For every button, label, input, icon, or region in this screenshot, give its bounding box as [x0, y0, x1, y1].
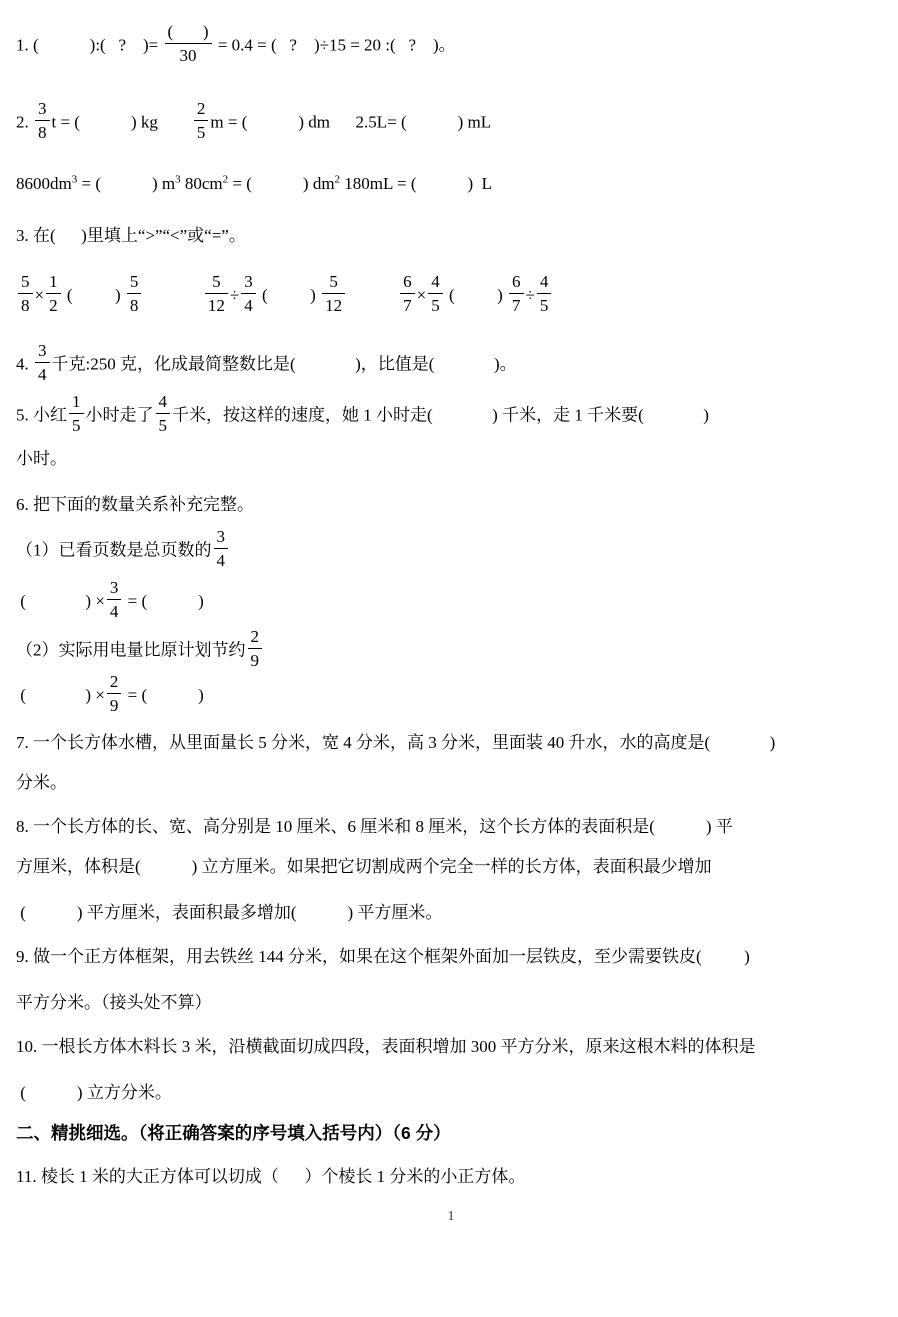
- fraction-numerator: 5: [322, 271, 345, 294]
- text-run: ×: [35, 285, 45, 304]
- question-6-eq-2: ( ) ×29 = ( ): [16, 674, 886, 719]
- fraction-denominator: 5: [194, 121, 209, 143]
- fraction: 45: [428, 271, 443, 316]
- text-run: = ( ) m: [77, 174, 175, 193]
- text-run: = ( ) dm: [228, 174, 334, 193]
- text-run: 平方分米。（接头处不算）: [16, 993, 212, 1012]
- fraction-numerator: 3: [241, 271, 256, 294]
- fraction-denominator: 5: [537, 294, 552, 316]
- fraction-denominator: 4: [214, 549, 229, 571]
- fraction: 12: [46, 271, 61, 316]
- fraction: 58: [18, 271, 33, 316]
- question-8-line-2: 方厘米，体积是( ) 立方厘米。如果把它切割成两个完全一样的长方体，表面积最少增…: [16, 855, 886, 879]
- text-run: （1）已看页数是总页数的: [16, 540, 212, 559]
- fraction-numerator: 5: [18, 271, 33, 294]
- fraction-numerator: 5: [127, 271, 142, 294]
- text-run: 千克:250 克，化成最简整数比是( )，比值是( )。: [52, 354, 517, 373]
- text-run: 1. ( ):( ? )=: [16, 35, 163, 54]
- text-run: ( ): [258, 285, 320, 304]
- fraction: 25: [194, 98, 209, 143]
- text-run: 小时。: [16, 449, 67, 468]
- fraction-numerator: 4: [428, 271, 443, 294]
- text-run: 二、精挑细选。（将正确答案的序号填入括号内）（6 分）: [16, 1123, 451, 1143]
- fraction: 512: [322, 271, 345, 316]
- text-run: 3. 在( )里填上“>”“<”或“=”。: [16, 226, 246, 245]
- text-run: = ( ): [123, 685, 203, 704]
- fraction: 29: [107, 671, 122, 716]
- text-run: 4.: [16, 354, 33, 373]
- question-8-line-3: ( ) 平方厘米，表面积最多增加( ) 平方厘米。: [16, 901, 886, 925]
- text-run: m = ( ) dm 2.5L= ( ) mL: [210, 112, 491, 131]
- fraction-numerator: ( ): [165, 21, 212, 44]
- text-run: [347, 285, 398, 304]
- text-run: 8600dm: [16, 174, 72, 193]
- question-7-line-1: 7. 一个长方体水槽，从里面量长 5 分米，宽 4 分米，高 3 分米，里面装 …: [16, 731, 886, 755]
- text-run: 10. 一根长方体木料长 3 米，沿横截面切成四段，表面积增加 300 平方分米…: [16, 1037, 756, 1056]
- fraction-denominator: 7: [400, 294, 415, 316]
- text-run: 1: [448, 1209, 455, 1224]
- fraction-numerator: 5: [205, 271, 228, 294]
- fraction-denominator: 30: [165, 44, 212, 66]
- fraction-denominator: 12: [205, 294, 228, 316]
- question-6-eq-1: ( ) ×34 = ( ): [16, 580, 886, 625]
- fraction: 512: [205, 271, 228, 316]
- text-run: 80cm: [181, 174, 223, 193]
- fraction-denominator: 4: [35, 363, 50, 385]
- text-run: 2.: [16, 112, 33, 131]
- text-run: = 0.4 = ( ? )÷15 = 20 :( ? )。: [214, 35, 456, 54]
- text-run: 分米。: [16, 773, 67, 792]
- fraction: 45: [156, 391, 171, 436]
- fraction-denominator: 4: [241, 294, 256, 316]
- text-run: （2）实际用电量比原计划节约: [16, 640, 246, 659]
- text-run: 9. 做一个正方体框架，用去铁丝 144 分米，如果在这个框架外面加一层铁皮，至…: [16, 947, 750, 966]
- question-10-line-2: ( ) 立方分米。: [16, 1081, 886, 1105]
- fraction-denominator: 8: [35, 121, 50, 143]
- fraction-denominator: 9: [248, 649, 263, 671]
- text-run: 7. 一个长方体水槽，从里面量长 5 分米，宽 4 分米，高 3 分米，里面装 …: [16, 733, 775, 752]
- fraction-denominator: 8: [127, 294, 142, 316]
- fraction-numerator: 6: [400, 271, 415, 294]
- text-run: = ( ): [123, 591, 203, 610]
- page-number: 1: [16, 1205, 886, 1229]
- fraction-numerator: 2: [194, 98, 209, 121]
- fraction: 34: [107, 577, 122, 622]
- question-2: 2. 38t = ( ) kg 25m = ( ) dm 2.5L= ( ) m…: [16, 101, 886, 146]
- fraction-numerator: 3: [107, 577, 122, 600]
- text-run: ( ) 平方厘米，表面积最多增加( ) 平方厘米。: [16, 903, 442, 922]
- fraction-denominator: 5: [428, 294, 443, 316]
- fraction: 34: [35, 340, 50, 385]
- question-5-line-2: 小时。: [16, 447, 886, 471]
- fraction: 58: [127, 271, 142, 316]
- text-run: 8. 一个长方体的长、宽、高分别是 10 厘米、6 厘米和 8 厘米，这个长方体…: [16, 817, 733, 836]
- worksheet: 1. ( ):( ? )= ( )30 = 0.4 = ( ? )÷15 = 2…: [16, 24, 886, 1229]
- question-1: 1. ( ):( ? )= ( )30 = 0.4 = ( ? )÷15 = 2…: [16, 24, 886, 69]
- question-7-line-2: 分米。: [16, 771, 886, 795]
- section-2-header: 二、精挑细选。（将正确答案的序号填入括号内）（6 分）: [16, 1121, 886, 1145]
- fraction: 34: [214, 526, 229, 571]
- fraction-numerator: 1: [69, 391, 84, 414]
- fraction-numerator: 2: [248, 626, 263, 649]
- fraction-denominator: 9: [107, 694, 122, 716]
- text-run: 方厘米，体积是( ) 立方厘米。如果把它切割成两个完全一样的长方体，表面积最少增…: [16, 857, 712, 876]
- text-run: [143, 285, 203, 304]
- fraction-numerator: 1: [46, 271, 61, 294]
- question-6-sub-2: （2）实际用电量比原计划节约29: [16, 629, 886, 674]
- fraction-denominator: 2: [46, 294, 61, 316]
- fraction: ( )30: [165, 21, 212, 66]
- fraction-denominator: 4: [107, 600, 122, 622]
- text-run: 千米，按这样的速度，她 1 小时走( ) 千米，走 1 千米要( ): [172, 405, 709, 424]
- fraction: 67: [400, 271, 415, 316]
- fraction-denominator: 5: [69, 414, 84, 436]
- text-run: ÷: [526, 285, 535, 304]
- question-3: 3. 在( )里填上“>”“<”或“=”。: [16, 224, 886, 248]
- text-run: 180mL = ( ) L: [340, 174, 492, 193]
- question-9-line-1: 9. 做一个正方体框架，用去铁丝 144 分米，如果在这个框架外面加一层铁皮，至…: [16, 945, 886, 969]
- fraction-numerator: 2: [107, 671, 122, 694]
- text-run: 5. 小红: [16, 405, 67, 424]
- unit-conversion-line: 8600dm3 = ( ) m3 80cm2 = ( ) dm2 180mL =…: [16, 172, 886, 196]
- fraction-numerator: 3: [35, 98, 50, 121]
- text-run: ÷: [230, 285, 239, 304]
- fraction-denominator: 12: [322, 294, 345, 316]
- fraction-denominator: 7: [509, 294, 524, 316]
- text-run: 6. 把下面的数量关系补充完整。: [16, 495, 254, 514]
- question-5-line-1: 5. 小红15小时走了45千米，按这样的速度，她 1 小时走( ) 千米，走 1…: [16, 394, 886, 439]
- text-run: 小时走了: [86, 405, 154, 424]
- fraction: 45: [537, 271, 552, 316]
- fraction: 29: [248, 626, 263, 671]
- fraction-denominator: 5: [156, 414, 171, 436]
- comparison-row: 58×12 ( ) 58 512÷34 ( ) 512 67×45 ( ) 67…: [16, 274, 886, 319]
- fraction-numerator: 3: [35, 340, 50, 363]
- fraction-numerator: 4: [156, 391, 171, 414]
- question-10-line-1: 10. 一根长方体木料长 3 米，沿横截面切成四段，表面积增加 300 平方分米…: [16, 1035, 886, 1059]
- text-run: ( ) ×: [16, 685, 105, 704]
- question-11: 11. 棱长 1 米的大正方体可以切成（ ）个棱长 1 分米的小正方体。: [16, 1165, 886, 1189]
- worksheet-page: 1. ( ):( ? )= ( )30 = 0.4 = ( ? )÷15 = 2…: [0, 0, 898, 1317]
- text-run: ( ) 立方分米。: [16, 1083, 172, 1102]
- question-9-line-2: 平方分米。（接头处不算）: [16, 991, 886, 1015]
- fraction-numerator: 4: [537, 271, 552, 294]
- text-run: ×: [417, 285, 427, 304]
- text-run: t = ( ) kg: [52, 112, 192, 131]
- text-run: ( ): [445, 285, 507, 304]
- question-6-sub-1: （1）已看页数是总页数的34: [16, 529, 886, 574]
- fraction: 38: [35, 98, 50, 143]
- text-run: 11. 棱长 1 米的大正方体可以切成（ ）个棱长 1 分米的小正方体。: [16, 1167, 525, 1186]
- text-run: ( ) ×: [16, 591, 105, 610]
- fraction: 15: [69, 391, 84, 436]
- question-6: 6. 把下面的数量关系补充完整。: [16, 493, 886, 517]
- text-run: ( ): [63, 285, 125, 304]
- question-4: 4. 34千克:250 克，化成最简整数比是( )，比值是( )。: [16, 343, 886, 388]
- fraction: 34: [241, 271, 256, 316]
- fraction-numerator: 3: [214, 526, 229, 549]
- fraction-numerator: 6: [509, 271, 524, 294]
- fraction: 67: [509, 271, 524, 316]
- fraction-denominator: 8: [18, 294, 33, 316]
- question-8-line-1: 8. 一个长方体的长、宽、高分别是 10 厘米、6 厘米和 8 厘米，这个长方体…: [16, 815, 886, 839]
